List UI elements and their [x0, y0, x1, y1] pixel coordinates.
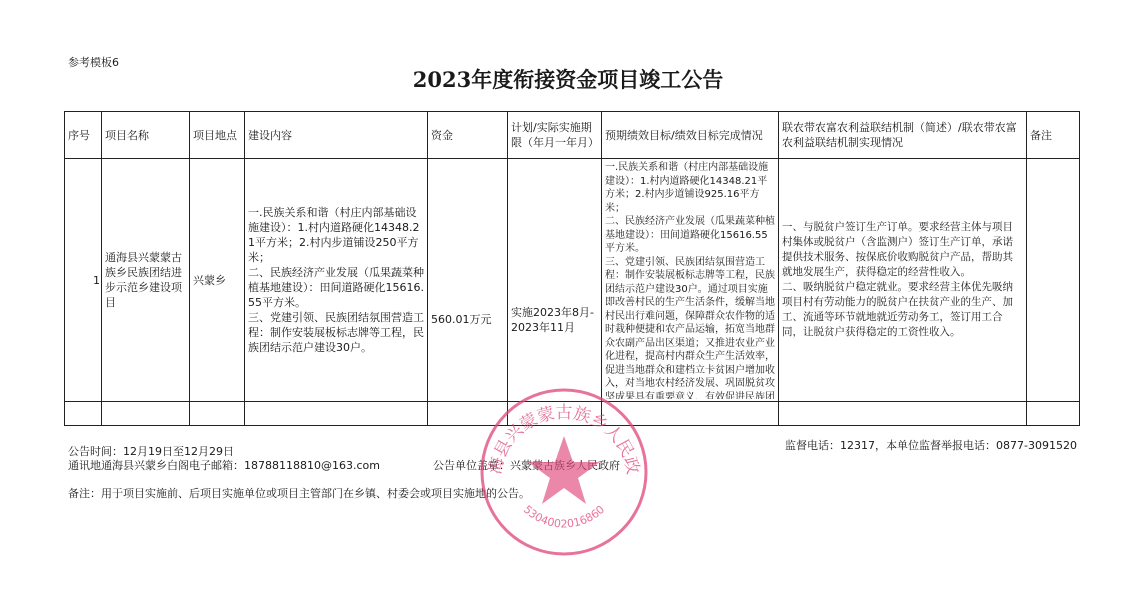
- empty-cell: [428, 402, 508, 426]
- project-table: 序号 项目名称 项目地点 建设内容 资金 计划/实际实施期限（年月一年月） 预期…: [64, 111, 1080, 426]
- header-period: 计划/实际实施期限（年月一年月）: [508, 112, 602, 159]
- svg-text:5304002016860: 5304002016860: [521, 503, 607, 530]
- empty-cell: [1027, 402, 1080, 426]
- table-header-row: 序号 项目名称 项目地点 建设内容 资金 计划/实际实施期限（年月一年月） 预期…: [65, 112, 1080, 159]
- empty-cell: [190, 402, 245, 426]
- empty-cell: [245, 402, 428, 426]
- empty-cell: [65, 402, 102, 426]
- cell-mechanism: 一、与脱贫户签订生产订单。要求经营主体与项目村集体或脱贫户（含监测户）签订生产订…: [779, 159, 1027, 402]
- empty-cell: [508, 402, 602, 426]
- cell-content: 一.民族关系和谐（村庄内部基础设施建设）：1.村内道路硬化14348.21平方米…: [245, 159, 428, 402]
- cell-performance: 一.民族关系和谐（村庄内部基础设施建设）：1.村内道路硬化14348.21平方米…: [602, 159, 779, 402]
- header-funds: 资金: [428, 112, 508, 159]
- table-row-empty: [65, 402, 1080, 426]
- cell-period: 实施2023年8月-2023年11月: [508, 159, 602, 402]
- page-title-text: 2023年度衔接资金项目竣工公告: [413, 64, 723, 94]
- header-mechanism: 联农带农富农利益联结机制（简述）/联农带农富农利益联结机制实现情况: [779, 112, 1027, 159]
- performance-text: 一.民族关系和谐（村庄内部基础设施建设）：1.村内道路硬化14348.21平方米…: [605, 161, 775, 399]
- header-remarks: 备注: [1027, 112, 1080, 159]
- cell-seq: 1: [65, 159, 102, 402]
- empty-cell: [102, 402, 190, 426]
- contact-info: 通讯地通海县兴蒙乡白阁电子邮箱：18788118810@163.com: [68, 457, 380, 473]
- cell-remarks: [1027, 159, 1080, 402]
- footer-note: 备注：用于项目实施前、后项目实施单位或项目主管部门在乡镇、村委会或项目实施地的公…: [68, 485, 530, 501]
- page-title: 2023年度衔接资金项目竣工公告: [0, 64, 1136, 94]
- cell-location: 兴蒙乡: [190, 159, 245, 402]
- table-row: 1 通海县兴蒙蒙古族乡民族团结进步示范乡建设项目 兴蒙乡 一.民族关系和谐（村庄…: [65, 159, 1080, 402]
- empty-cell: [779, 402, 1027, 426]
- cell-name: 通海县兴蒙蒙古族乡民族团结进步示范乡建设项目: [102, 159, 190, 402]
- header-location: 项目地点: [190, 112, 245, 159]
- header-seq: 序号: [65, 112, 102, 159]
- cell-funds: 560.01万元: [428, 159, 508, 402]
- header-content: 建设内容: [245, 112, 428, 159]
- seal-unit: 公告单位盖章：兴蒙蒙古族乡人民政府: [433, 457, 620, 473]
- header-performance: 预期绩效目标/绩效目标完成情况: [602, 112, 779, 159]
- empty-cell: [602, 402, 779, 426]
- header-name: 项目名称: [102, 112, 190, 159]
- supervision-phone: 监督电话：12317，本单位监督举报电话：0877-3091520: [785, 437, 1077, 453]
